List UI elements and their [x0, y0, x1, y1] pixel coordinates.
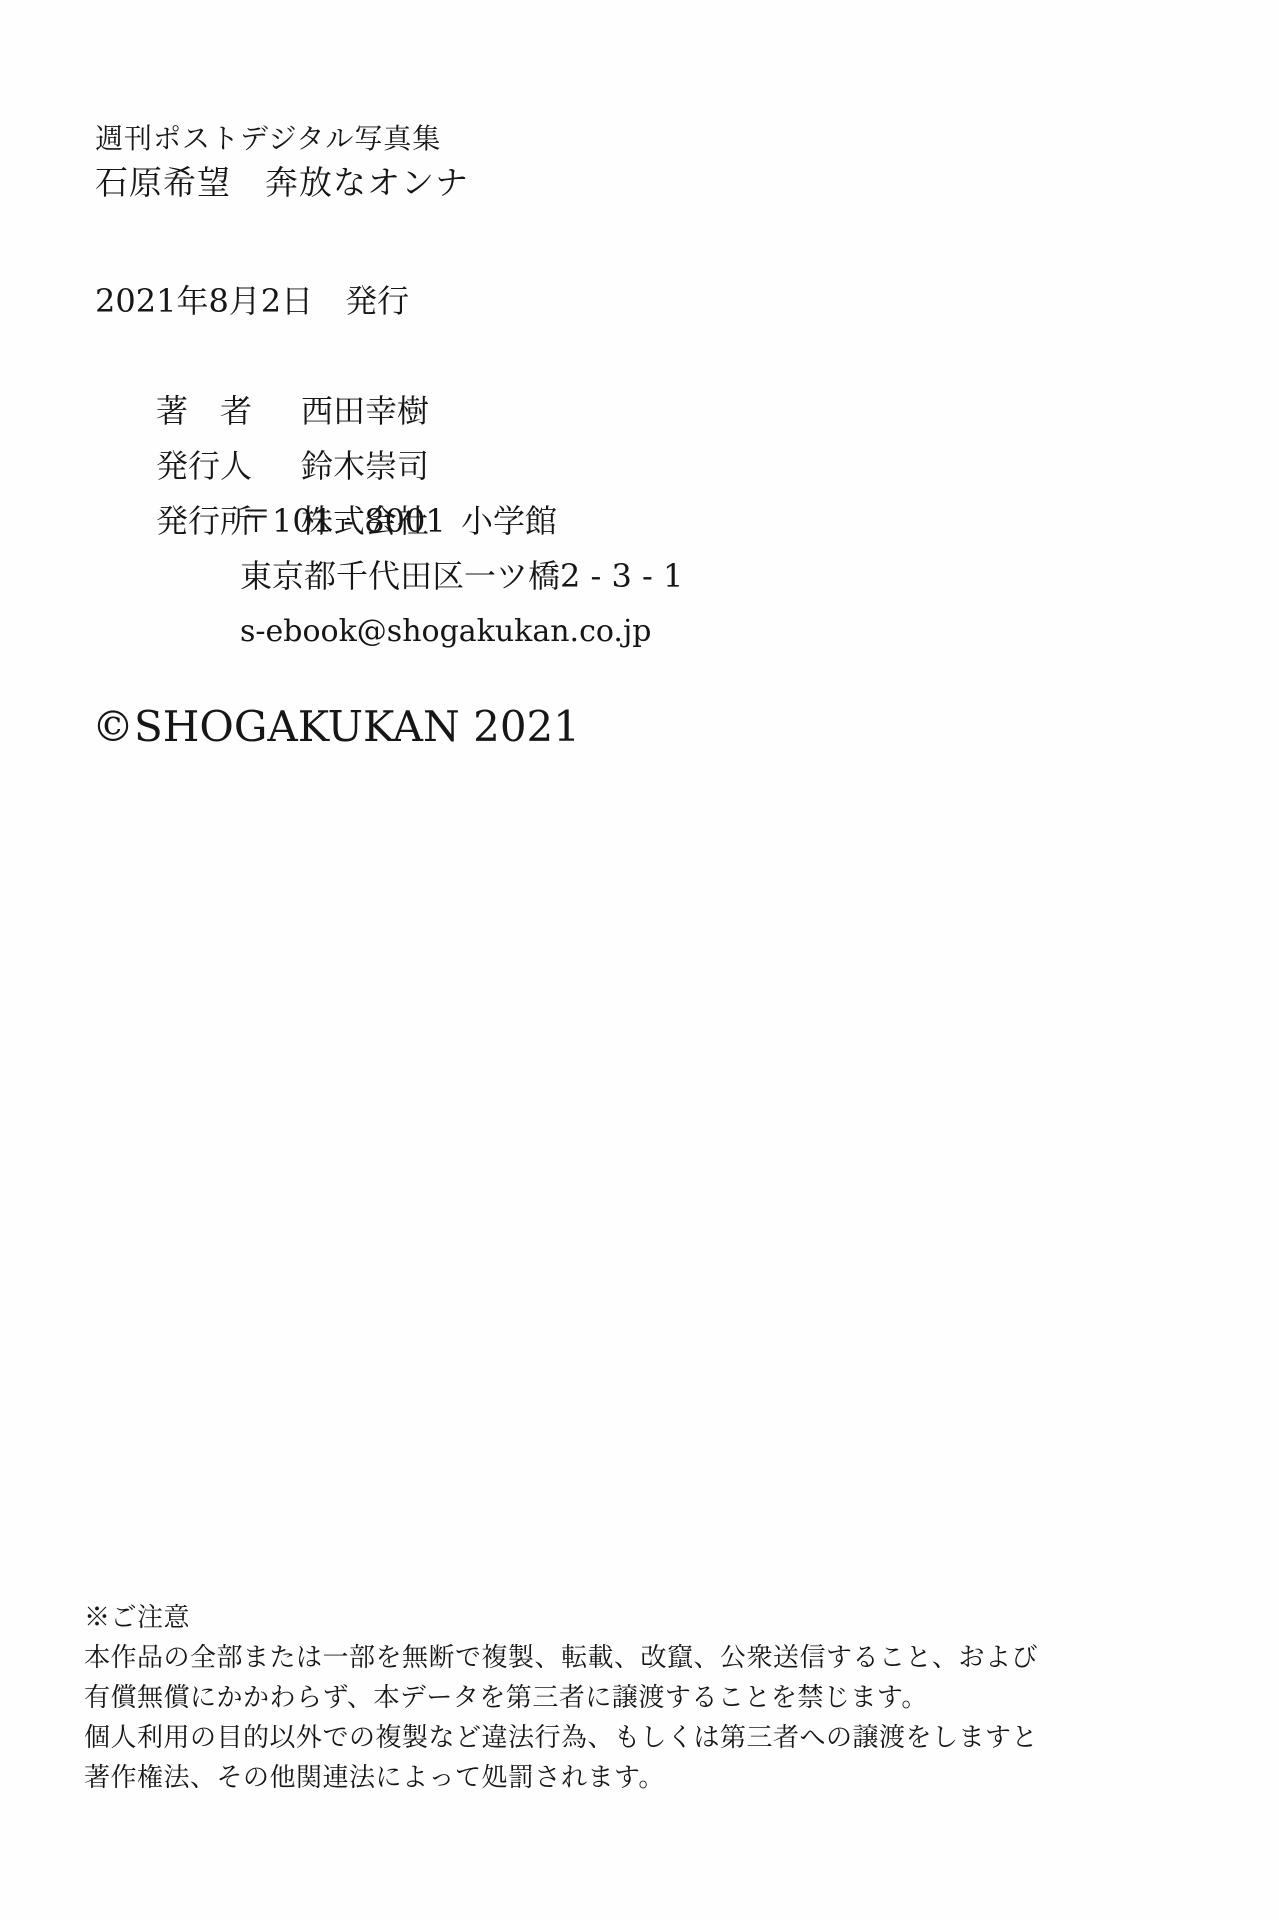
- notice-line: 著作権法、その他関連法によって処罰されます。: [84, 1758, 1038, 1798]
- author-row: 著 者西田幸樹: [95, 329, 683, 384]
- colophon-page: 週刊ポストデジタル写真集 石原希望 奔放なオンナ 2021年8月2日 発行 著 …: [0, 0, 1279, 1920]
- title-block: 週刊ポストデジタル写真集 石原希望 奔放なオンナ: [95, 118, 469, 206]
- copyright-line: ©SHOGAKUKAN 2021: [92, 702, 580, 752]
- series-title: 週刊ポストデジタル写真集: [95, 118, 469, 160]
- notice-heading: ※ご注意: [84, 1598, 1038, 1638]
- publisher-address: 東京都千代田区一ツ橋2 - 3 - 1: [95, 549, 683, 604]
- notice-line: 有償無償にかかわらず、本データを第三者に譲渡することを禁じます。: [84, 1678, 1038, 1718]
- author-name: 西田幸樹: [301, 392, 429, 430]
- publisher-email: s-ebook@shogakukan.co.jp: [95, 604, 683, 659]
- book-title: 石原希望 奔放なオンナ: [95, 160, 469, 206]
- author-label: 著 者: [156, 384, 301, 439]
- notice-block: ※ご注意 本作品の全部または一部を無断で複製、転載、改竄、公衆送信すること、およ…: [84, 1598, 1038, 1798]
- publication-date: 2021年8月2日 発行: [95, 274, 683, 329]
- colophon-block: 2021年8月2日 発行 著 者西田幸樹 発行人鈴木崇司 発行所株式会社 小学館…: [95, 274, 683, 659]
- issuer-name: 鈴木崇司: [301, 447, 429, 485]
- issuer-label: 発行人: [156, 439, 301, 494]
- notice-line: 本作品の全部または一部を無断で複製、転載、改竄、公衆送信すること、および: [84, 1638, 1038, 1678]
- notice-line: 個人利用の目的以外での複製など違法行為、もしくは第三者への譲渡をしますと: [84, 1718, 1038, 1758]
